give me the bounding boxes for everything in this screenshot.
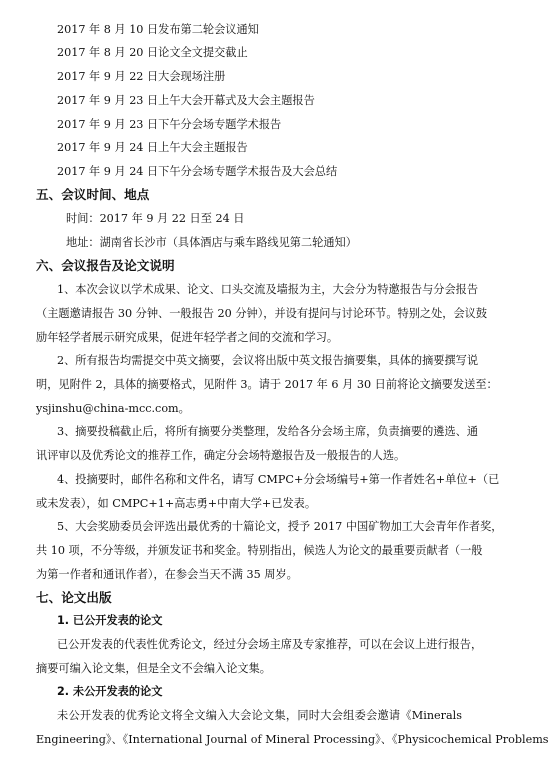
paragraph-line: 摘要可编入论文集，但是全文不会编入论文集。 <box>36 662 271 676</box>
paragraph-line: 为第一作者和通讯作者），在参会当天不满 35 周岁。 <box>36 568 298 582</box>
schedule-item: 2017 年 9 月 23 日上午大会开幕式及大会主题报告 <box>57 94 315 108</box>
schedule-item: 2017 年 9 月 24 日下午分会场专题学术报告及大会总结 <box>57 165 337 179</box>
meeting-time: 时间：2017 年 9 月 22 日至 24 日 <box>66 212 244 226</box>
schedule-item: 2017 年 8 月 20 日论文全文提交截止 <box>57 46 248 60</box>
paragraph-line: 讯评审以及优秀论文的推荐工作，确定分会场特邀报告及一般报告的人选。 <box>36 449 405 463</box>
schedule-item: 2017 年 9 月 23 日下午分会场专题学术报告 <box>57 118 281 132</box>
paragraph-line: 未公开发表的优秀论文将全文编入大会论文集，同时大会组委会邀请《Minerals <box>57 709 462 723</box>
section-heading-publication: 七、论文出版 <box>36 590 112 606</box>
paragraph-line: 励年轻学者展示研究成果，促进年轻学者之间的交流和学习。 <box>36 331 338 345</box>
schedule-item: 2017 年 8 月 10 日发布第二轮会议通知 <box>57 23 259 37</box>
paragraph-line: 5、大会奖励委员会评选出最优秀的十篇论文，授予 2017 中国矿物加工大会青年作… <box>57 520 462 534</box>
paragraph-line: Engineering》、《International Journal of M… <box>36 733 464 747</box>
paragraph-line: 2、所有报告均需提交中英文摘要，会议将出版中英文报告摘要集，具体的摘要撰写说 <box>57 354 462 368</box>
document-page: 2017 年 8 月 10 日发布第二轮会议通知 2017 年 8 月 20 日… <box>0 0 548 780</box>
paragraph-line: 或未发表），如 CMPC+1+高志勇+中南大学+已发表。 <box>36 497 316 511</box>
meeting-address: 地址：湖南省长沙市（具体酒店与乘车路线见第二轮通知） <box>66 236 357 250</box>
section-heading-reports: 六、会议报告及论文说明 <box>36 258 175 274</box>
paragraph-line: 3、摘要投稿截止后，将所有摘要分类整理，发给各分会场主席，负责摘要的遴选、通 <box>57 425 462 439</box>
schedule-item: 2017 年 9 月 22 日大会现场注册 <box>57 70 225 84</box>
paragraph-line: 1、本次会议以学术成果、论文、口头交流及墙报为主，大会分为特邀报告与分会报告 <box>57 283 462 297</box>
paragraph-line: 共 10 项，不分等级，并颁发证书和奖金。特别指出，候选人为论文的最重要贡献者（… <box>36 544 464 558</box>
subheading-published: 1. 已公开发表的论文 <box>57 614 162 628</box>
schedule-item: 2017 年 9 月 24 日上午大会主题报告 <box>57 141 248 155</box>
paragraph-line: 明，见附件 2，具体的摘要格式，见附件 3。请于 2017 年 6 月 30 日… <box>36 378 464 392</box>
paragraph-line: （主题邀请报告 30 分钟、一般报告 20 分钟），并设有提问与讨论环节。特别之… <box>36 307 464 321</box>
email-link[interactable]: ysjinshu@china-mcc.com。 <box>36 402 190 416</box>
section-heading-time-location: 五、会议时间、地点 <box>36 187 149 203</box>
paragraph-line: 4、投摘要时，邮件名称和文件名，请写 CMPC+分会场编号+第一作者姓名+单位+… <box>57 473 462 487</box>
paragraph-line: 已公开发表的代表性优秀论文，经过分会场主席及专家推荐，可以在会议上进行报告， <box>57 638 462 652</box>
subheading-unpublished: 2. 未公开发表的论文 <box>57 685 162 699</box>
